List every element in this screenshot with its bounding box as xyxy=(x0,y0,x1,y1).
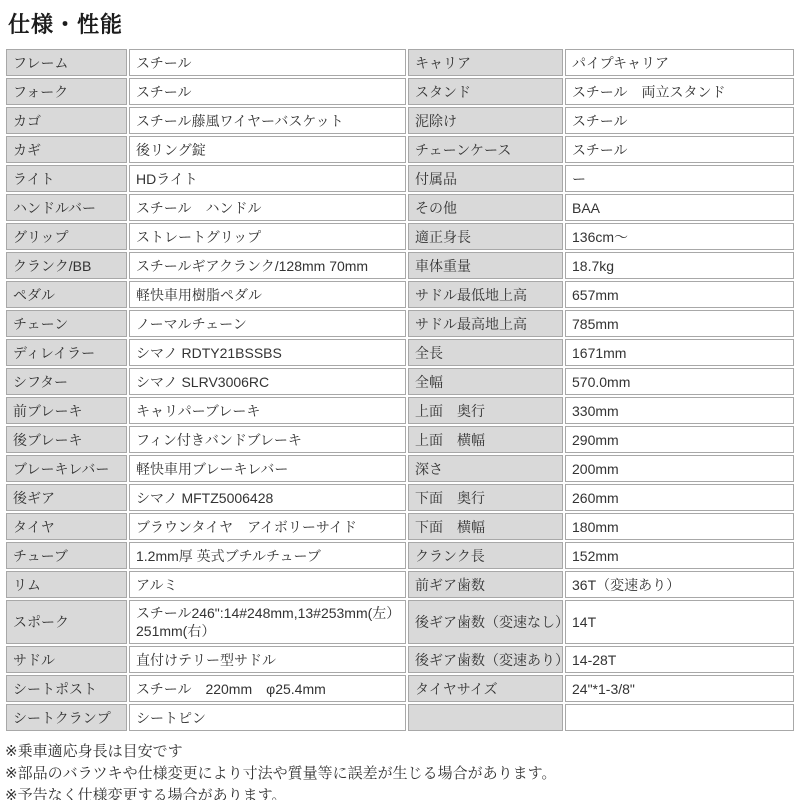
note-line: ※予告なく仕様変更する場合があります。 xyxy=(5,785,800,800)
spec-label: クランク/BB xyxy=(6,252,127,279)
spec-label: ペダル xyxy=(6,281,127,308)
spec-value: 14T xyxy=(565,600,794,644)
spec-value: シートピン xyxy=(129,704,406,731)
spec-value: 18.7kg xyxy=(565,252,794,279)
spec-value: BAA xyxy=(565,194,794,221)
spec-row: タイヤブラウンタイヤ アイボリーサイド下面 横幅180mm xyxy=(6,513,794,540)
spec-label: 全長 xyxy=(408,339,563,366)
spec-value: 24"*1-3/8" xyxy=(565,675,794,702)
spec-value: スチールギアクランク/128mm 70mm xyxy=(129,252,406,279)
spec-value: 657mm xyxy=(565,281,794,308)
spec-value: シマノ RDTY21BSSBS xyxy=(129,339,406,366)
spec-value: 直付けテリー型サドル xyxy=(129,646,406,673)
spec-value: スチール xyxy=(129,78,406,105)
spec-value: ー xyxy=(565,165,794,192)
spec-row: 後ブレーキフィン付きバンドブレーキ上面 横幅290mm xyxy=(6,426,794,453)
spec-label: 車体重量 xyxy=(408,252,563,279)
spec-label: 前ギア歯数 xyxy=(408,571,563,598)
spec-row: クランク/BBスチールギアクランク/128mm 70mm車体重量18.7kg xyxy=(6,252,794,279)
spec-table-body: フレームスチールキャリアパイプキャリアフォークスチールスタンドスチール 両立スタ… xyxy=(6,49,794,731)
spec-value: シマノ MFTZ5006428 xyxy=(129,484,406,511)
spec-label: 後ギア歯数（変速なし） xyxy=(408,600,563,644)
spec-label: シートポスト xyxy=(6,675,127,702)
spec-label xyxy=(408,704,563,731)
spec-value: スチール 両立スタンド xyxy=(565,78,794,105)
spec-value: スチール xyxy=(565,107,794,134)
notes: ※乗車適応身長は目安です ※部品のバラツキや仕様変更により寸法や質量等に誤差が生… xyxy=(5,741,800,800)
spec-label: 全幅 xyxy=(408,368,563,395)
spec-value: 36T（変速あり） xyxy=(565,571,794,598)
spec-label: 深さ xyxy=(408,455,563,482)
spec-label: リム xyxy=(6,571,127,598)
spec-label: サドル最高地上高 xyxy=(408,310,563,337)
spec-label: ライト xyxy=(6,165,127,192)
spec-label: スタンド xyxy=(408,78,563,105)
page-title: 仕様・性能 xyxy=(8,8,800,39)
spec-value: HDライト xyxy=(129,165,406,192)
spec-row: リムアルミ前ギア歯数36T（変速あり） xyxy=(6,571,794,598)
spec-value: 330mm xyxy=(565,397,794,424)
spec-label: 下面 奥行 xyxy=(408,484,563,511)
spec-value: スチール xyxy=(565,136,794,163)
spec-label: 後ブレーキ xyxy=(6,426,127,453)
spec-label: スポーク xyxy=(6,600,127,644)
spec-value: 136cm〜 xyxy=(565,223,794,250)
spec-row: フレームスチールキャリアパイプキャリア xyxy=(6,49,794,76)
spec-label: グリップ xyxy=(6,223,127,250)
spec-row: シートポストスチール 220mm φ25.4mmタイヤサイズ24"*1-3/8" xyxy=(6,675,794,702)
spec-label: チェーンケース xyxy=(408,136,563,163)
spec-value: ブラウンタイヤ アイボリーサイド xyxy=(129,513,406,540)
spec-label: 上面 奥行 xyxy=(408,397,563,424)
spec-row: チューブ1.2mm厚 英式ブチルチューブクランク長152mm xyxy=(6,542,794,569)
spec-value: ストレートグリップ xyxy=(129,223,406,250)
spec-label: その他 xyxy=(408,194,563,221)
spec-label: チューブ xyxy=(6,542,127,569)
spec-label: ディレイラー xyxy=(6,339,127,366)
spec-row: チェーンノーマルチェーンサドル最高地上高785mm xyxy=(6,310,794,337)
spec-value: スチール xyxy=(129,49,406,76)
spec-row: 後ギアシマノ MFTZ5006428下面 奥行260mm xyxy=(6,484,794,511)
spec-value: キャリパーブレーキ xyxy=(129,397,406,424)
spec-label: ハンドルバー xyxy=(6,194,127,221)
spec-row: サドル直付けテリー型サドル後ギア歯数（変速あり）14-28T xyxy=(6,646,794,673)
spec-label: タイヤ xyxy=(6,513,127,540)
spec-value: スチール ハンドル xyxy=(129,194,406,221)
spec-value: 180mm xyxy=(565,513,794,540)
spec-label: キャリア xyxy=(408,49,563,76)
spec-row: ペダル軽快車用樹脂ペダルサドル最低地上高657mm xyxy=(6,281,794,308)
spec-label: 適正身長 xyxy=(408,223,563,250)
spec-value: パイプキャリア xyxy=(565,49,794,76)
spec-label: カゴ xyxy=(6,107,127,134)
spec-value: 260mm xyxy=(565,484,794,511)
spec-value: 14-28T xyxy=(565,646,794,673)
spec-label: シートクランプ xyxy=(6,704,127,731)
note-line: ※乗車適応身長は目安です xyxy=(5,741,800,763)
spec-value: フィン付きバンドブレーキ xyxy=(129,426,406,453)
spec-label: 後ギア xyxy=(6,484,127,511)
spec-value: 後リング錠 xyxy=(129,136,406,163)
spec-value xyxy=(565,704,794,731)
spec-row: シフターシマノ SLRV3006RC全幅570.0mm xyxy=(6,368,794,395)
spec-label: ブレーキレバー xyxy=(6,455,127,482)
spec-label: 泥除け xyxy=(408,107,563,134)
spec-row: ディレイラーシマノ RDTY21BSSBS全長1671mm xyxy=(6,339,794,366)
spec-value: 200mm xyxy=(565,455,794,482)
spec-label: 下面 横幅 xyxy=(408,513,563,540)
spec-row: ブレーキレバー軽快車用ブレーキレバー深さ200mm xyxy=(6,455,794,482)
spec-value: 1.2mm厚 英式ブチルチューブ xyxy=(129,542,406,569)
spec-value: アルミ xyxy=(129,571,406,598)
spec-value: スチール藤風ワイヤーバスケット xyxy=(129,107,406,134)
spec-label: クランク長 xyxy=(408,542,563,569)
spec-row: ライトHDライト付属品ー xyxy=(6,165,794,192)
spec-value: シマノ SLRV3006RC xyxy=(129,368,406,395)
spec-value: スチール246":14#248mm,13#253mm(左）251mm(右） xyxy=(129,600,406,644)
spec-value: 152mm xyxy=(565,542,794,569)
spec-row: カゴスチール藤風ワイヤーバスケット泥除けスチール xyxy=(6,107,794,134)
spec-label: 上面 横幅 xyxy=(408,426,563,453)
spec-label: サドル xyxy=(6,646,127,673)
spec-row: カギ後リング錠チェーンケーススチール xyxy=(6,136,794,163)
spec-value: スチール 220mm φ25.4mm xyxy=(129,675,406,702)
spec-value: ノーマルチェーン xyxy=(129,310,406,337)
spec-value: 290mm xyxy=(565,426,794,453)
spec-row: ハンドルバースチール ハンドルその他BAA xyxy=(6,194,794,221)
spec-row: フォークスチールスタンドスチール 両立スタンド xyxy=(6,78,794,105)
spec-label: チェーン xyxy=(6,310,127,337)
spec-label: タイヤサイズ xyxy=(408,675,563,702)
spec-label: 付属品 xyxy=(408,165,563,192)
spec-row: 前ブレーキキャリパーブレーキ上面 奥行330mm xyxy=(6,397,794,424)
spec-label: 前ブレーキ xyxy=(6,397,127,424)
spec-row: シートクランプシートピン xyxy=(6,704,794,731)
spec-label: シフター xyxy=(6,368,127,395)
spec-label: フォーク xyxy=(6,78,127,105)
spec-row: スポークスチール246":14#248mm,13#253mm(左）251mm(右… xyxy=(6,600,794,644)
spec-table: フレームスチールキャリアパイプキャリアフォークスチールスタンドスチール 両立スタ… xyxy=(4,47,796,733)
spec-row: グリップストレートグリップ適正身長136cm〜 xyxy=(6,223,794,250)
spec-value: 1671mm xyxy=(565,339,794,366)
spec-value: 軽快車用樹脂ペダル xyxy=(129,281,406,308)
spec-value: 785mm xyxy=(565,310,794,337)
spec-page: 仕様・性能 フレームスチールキャリアパイプキャリアフォークスチールスタンドスチー… xyxy=(0,0,800,800)
spec-label: フレーム xyxy=(6,49,127,76)
spec-label: サドル最低地上高 xyxy=(408,281,563,308)
spec-label: カギ xyxy=(6,136,127,163)
note-line: ※部品のバラツキや仕様変更により寸法や質量等に誤差が生じる場合があります。 xyxy=(5,763,800,785)
spec-value: 軽快車用ブレーキレバー xyxy=(129,455,406,482)
spec-value: 570.0mm xyxy=(565,368,794,395)
spec-label: 後ギア歯数（変速あり） xyxy=(408,646,563,673)
